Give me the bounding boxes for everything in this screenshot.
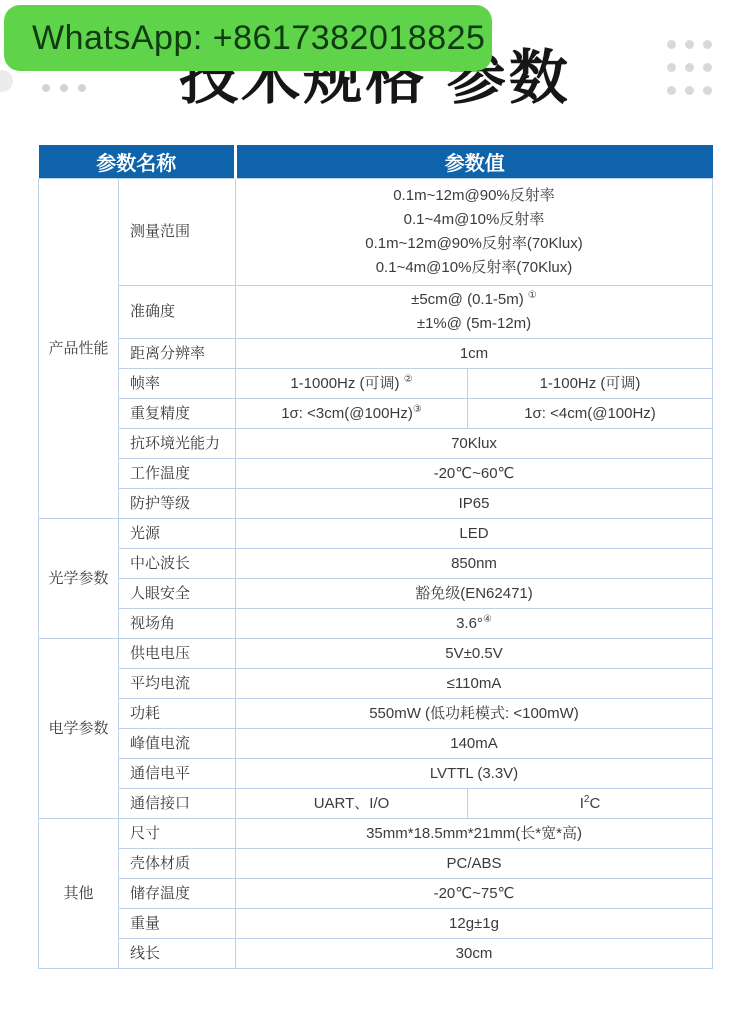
category-cell: 电学参数 (39, 639, 119, 819)
param-name: 帧率 (119, 369, 236, 399)
param-value: LED (236, 519, 713, 549)
param-value: PC/ABS (236, 849, 713, 879)
param-name: 人眼安全 (119, 579, 236, 609)
param-value: IP65 (236, 489, 713, 519)
dot-icon (685, 86, 694, 95)
param-value: ±5cm@ (0.1-5m) ① ±1%@ (5m-12m) (236, 286, 713, 339)
param-value: -20℃~60℃ (236, 459, 713, 489)
table-row: 功耗 550mW (低功耗模式: <100mW) (39, 699, 713, 729)
param-value-left: UART、I/O (236, 789, 468, 819)
param-name: 平均电流 (119, 669, 236, 699)
table-row: 重量 12g±1g (39, 909, 713, 939)
param-value: 550mW (低功耗模式: <100mW) (236, 699, 713, 729)
param-name: 通信电平 (119, 759, 236, 789)
table-row: 中心波长 850nm (39, 549, 713, 579)
table-row: 储存温度 -20℃~75℃ (39, 879, 713, 909)
param-value: 0.1m~12m@90%反射率 0.1~4m@10%反射率 0.1m~12m@9… (236, 179, 713, 286)
table-row: 产品性能 测量范围 0.1m~12m@90%反射率 0.1~4m@10%反射率 … (39, 179, 713, 286)
table-row: 防护等级 IP65 (39, 489, 713, 519)
footnote-mark: ④ (483, 614, 492, 625)
param-name: 抗环境光能力 (119, 429, 236, 459)
category-cell: 产品性能 (39, 179, 119, 519)
param-value-right: 1σ: <4cm(@100Hz) (468, 399, 713, 429)
param-value: 850nm (236, 549, 713, 579)
param-name: 光源 (119, 519, 236, 549)
param-value: 70Klux (236, 429, 713, 459)
param-value: 30cm (236, 939, 713, 969)
value-line: ±1%@ (5m-12m) (242, 312, 706, 336)
dot-icon (667, 86, 676, 95)
table-header-row: 参数名称 参数值 (39, 145, 713, 179)
param-name: 峰值电流 (119, 729, 236, 759)
value-line: 0.1~4m@10%反射率 (242, 208, 706, 232)
param-name: 线长 (119, 939, 236, 969)
dot-icon (685, 63, 694, 72)
table-row: 壳体材质 PC/ABS (39, 849, 713, 879)
table-row: 帧率 1-1000Hz (可调) ② 1-100Hz (可调) (39, 369, 713, 399)
param-name: 功耗 (119, 699, 236, 729)
param-value: 豁免级(EN62471) (236, 579, 713, 609)
table-row: 视场角 3.6°④ (39, 609, 713, 639)
param-value: 1cm (236, 339, 713, 369)
table-row: 通信接口 UART、I/O I2C (39, 789, 713, 819)
table-row: 通信电平 LVTTL (3.3V) (39, 759, 713, 789)
param-value-left: 1-1000Hz (可调) ② (236, 369, 468, 399)
param-value-right: I2C (468, 789, 713, 819)
footnote-mark: ② (404, 374, 413, 385)
dot-grid-icon-right (667, 40, 712, 95)
dot-icon (78, 84, 86, 92)
table-row: 电学参数 供电电压 5V±0.5V (39, 639, 713, 669)
whatsapp-banner-text: WhatsApp: +8617382018825 (4, 19, 485, 58)
param-name: 壳体材质 (119, 849, 236, 879)
header-param-name: 参数名称 (39, 145, 236, 179)
table-row: 峰值电流 140mA (39, 729, 713, 759)
param-value-right: 1-100Hz (可调) (468, 369, 713, 399)
table-row: 人眼安全 豁免级(EN62471) (39, 579, 713, 609)
param-value: 3.6°④ (236, 609, 713, 639)
dot-icon (60, 84, 68, 92)
param-name: 通信接口 (119, 789, 236, 819)
param-value-left: 1σ: <3cm(@100Hz)③ (236, 399, 468, 429)
param-name: 距离分辨率 (119, 339, 236, 369)
footnote-mark: ③ (413, 404, 422, 415)
param-value: 5V±0.5V (236, 639, 713, 669)
dot-icon (703, 40, 712, 49)
dot-icon (42, 84, 50, 92)
header-param-value: 参数值 (236, 145, 713, 179)
table-row: 距离分辨率 1cm (39, 339, 713, 369)
param-name: 重复精度 (119, 399, 236, 429)
whatsapp-banner: WhatsApp: +8617382018825 (4, 5, 492, 71)
table-row: 光学参数 光源 LED (39, 519, 713, 549)
param-name: 尺寸 (119, 819, 236, 849)
table-row: 工作温度 -20℃~60℃ (39, 459, 713, 489)
product-spec-page: 技术规格 参数 WhatsApp: +8617382018825 参数名称 参数… (0, 0, 750, 1010)
value-line: ±5cm@ (0.1-5m) ① (242, 288, 706, 312)
table-row: 线长 30cm (39, 939, 713, 969)
param-name: 储存温度 (119, 879, 236, 909)
category-cell: 其他 (39, 819, 119, 969)
dot-grid-icon-left (42, 84, 86, 92)
dot-icon (703, 63, 712, 72)
table-row: 抗环境光能力 70Klux (39, 429, 713, 459)
param-value: -20℃~75℃ (236, 879, 713, 909)
table-row: 平均电流 ≤110mA (39, 669, 713, 699)
value-line: 0.1~4m@10%反射率(70Klux) (242, 256, 706, 280)
param-value: ≤110mA (236, 669, 713, 699)
dot-icon (667, 40, 676, 49)
value-line: 0.1m~12m@90%反射率 (242, 184, 706, 208)
spec-table: 参数名称 参数值 产品性能 测量范围 0.1m~12m@90%反射率 0.1~4… (38, 145, 713, 969)
param-name: 供电电压 (119, 639, 236, 669)
value-line: 0.1m~12m@90%反射率(70Klux) (242, 232, 706, 256)
table-row: 准确度 ±5cm@ (0.1-5m) ① ±1%@ (5m-12m) (39, 286, 713, 339)
dot-icon (703, 86, 712, 95)
param-value: LVTTL (3.3V) (236, 759, 713, 789)
param-value: 12g±1g (236, 909, 713, 939)
table-row: 重复精度 1σ: <3cm(@100Hz)③ 1σ: <4cm(@100Hz) (39, 399, 713, 429)
dot-icon (667, 63, 676, 72)
category-cell: 光学参数 (39, 519, 119, 639)
param-name: 准确度 (119, 286, 236, 339)
dot-icon (685, 40, 694, 49)
param-value: 35mm*18.5mm*21mm(长*宽*高) (236, 819, 713, 849)
param-name: 视场角 (119, 609, 236, 639)
param-name: 防护等级 (119, 489, 236, 519)
param-name: 测量范围 (119, 179, 236, 286)
param-name: 重量 (119, 909, 236, 939)
param-name: 工作温度 (119, 459, 236, 489)
table-row: 其他 尺寸 35mm*18.5mm*21mm(长*宽*高) (39, 819, 713, 849)
footnote-mark: ① (528, 290, 537, 301)
param-value: 140mA (236, 729, 713, 759)
param-name: 中心波长 (119, 549, 236, 579)
